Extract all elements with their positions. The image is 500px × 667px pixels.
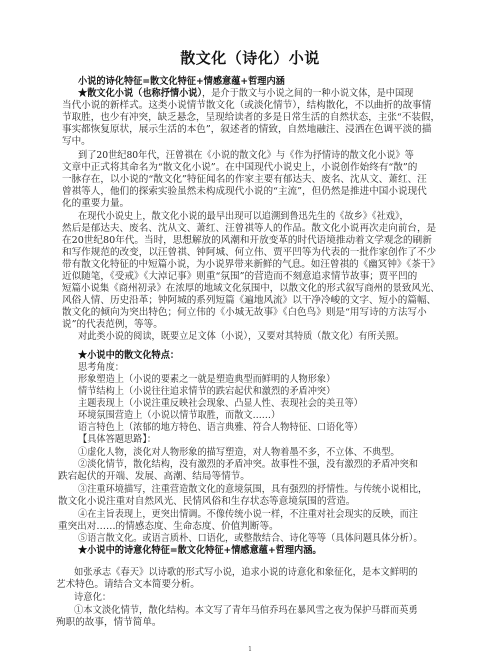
text-line: 近似随笔，《受戒》《大淖记事》则重“氛围”的营造而不刻意追求情节故事；贾平凹的 <box>62 271 440 283</box>
text-line: 在20世纪80年代。当时，思想解放的风潮和开放变革的时代语境推动着文学观念的刷新 <box>62 235 440 247</box>
text-line: 语言特色上（浓郁的地方特色、语言典雅、符合人物特征、口语化等） <box>78 422 440 434</box>
text-line: 化的重要力量。 <box>62 198 440 210</box>
text-line: 一脉存在，以小说的“散文化”特征闻名的作家主要有郁达夫、废名、沈从文、萧红、汪 <box>62 174 440 186</box>
text-line: 小说的诗化特征=散文化特征+情感意蕴+哲理内涵 <box>78 76 440 88</box>
text-line: 在现代小说史上，散文化小说的最早出现可以追溯到鲁迅先生的《故乡》《社戏》， <box>78 211 440 223</box>
text-line: ★小说中的诗意化特征=散文化特征+情感意蕴+哲理内涵。 <box>78 545 440 557</box>
text-line: 诗意化： <box>74 592 440 604</box>
text-line: 短篇小说集《商州初录》在浓厚的地域文化氛围中，以散文化的形式叙写商州的景致风光、 <box>62 283 434 295</box>
document-title: 散文化（诗化）小说 <box>0 47 500 68</box>
text-line: ①虚化人物，淡化对人物形象的描写塑造，对人物着墨不多，不立体、不典型。 <box>78 447 440 459</box>
text-line: 对此类小说的阅读，既要立足文体（小说），又要对其特质（散文化）有所关照。 <box>78 331 440 343</box>
text-line: 风俗人情、历史沿革；钟阿城的系列短篇《遍地风流》以干净冷峻的文字、短小的篇幅、 <box>62 295 440 307</box>
text-line: 散文化小说注重对自然风光、民情风俗和生存状态等意境氛围的营造。 <box>58 496 436 508</box>
bold-term: ★散文化小说（也称抒情小说） <box>78 88 202 99</box>
text-line: 形象塑造上（小说的要素之一就是塑造典型而鲜明的人物形象） <box>78 374 440 386</box>
text-line: ②淡化情节，散化结构，没有激烈的矛盾冲突。故事性不强，没有激烈的矛盾冲突和 <box>78 459 440 471</box>
text-line: 到了20世纪80年代，汪曾祺在《小说的散文化》与《作为抒情诗的散文化小说》等 <box>78 150 440 162</box>
document-page: 散文化（诗化）小说 小说的诗化特征=散文化特征+情感意蕴+哲理内涵★散文化小说（… <box>0 0 500 667</box>
page-number: 1 <box>0 646 500 653</box>
text-line: 文章中正式将其命名为“散文化小说”。在中国现代小说史上，小说创作始终有“散”的 <box>62 162 440 174</box>
text-line: 环境氛围营造上（小说以情节取胜，而散文……） <box>78 410 440 422</box>
text-line: 然后是郁达夫、废名、沈从文、萧红、汪曾祺等人的作品。散文化小说再次走向前台，是 <box>62 223 440 235</box>
text-line: 节取胜，也少有冲突，缺乏悬念，呈现给读者的多是日常生活的自然状态，主张“不装假， <box>62 112 439 124</box>
text-line: 带有散文化特征的中短篇小说，为小说界带来新鲜的气息。如汪曾祺的《幽冥钟》《茶干》 <box>62 259 439 271</box>
text-line: 如张承志《春天》以诗歌的形式写小说，追求小说的诗意化和象征化，是本文鲜明的 <box>74 567 440 579</box>
text-line: 说”的代表范例，等等。 <box>62 319 440 331</box>
text-line: 写中。 <box>62 136 440 148</box>
text-line: 曾祺等人，他们的探索实验虽然未构成现代小说的“主流”，但仍然是推进中国小说现代 <box>62 186 440 198</box>
text-line: 当代小说的新样式。这类小说情节散文化（或淡化情节），结构散化，不以曲折的故事情 <box>62 100 440 112</box>
text-line: 【具体答题思路】： <box>78 434 440 446</box>
text-line: ④在主旨表现上，更突出情调。不像传统小说一样，不注重对社会现实的反映，而注 <box>78 509 440 521</box>
text-line: 主题表现上（小说注重反映社会现象、凸显人性、表现社会的美丑等） <box>78 398 440 410</box>
text-line: 散文化的倾向为突出特色；何立伟的《小城无故事》《白色鸟》则是“用写诗的方法写小 <box>62 307 440 319</box>
text-line: ①本文淡化情节，散化结构。本文写了青年马倌乔玛在暴风雪之夜为保护马群而英勇 <box>74 605 440 617</box>
text-line: 思考角度： <box>78 362 440 374</box>
line-rest: ，是介于散文与小说之间的一种小说文体，是中国现 <box>202 88 413 99</box>
text-line: 殉职的故事，情节简单。 <box>56 617 434 629</box>
text-line: ③注重环境描写，注重营造散文化的意境氛围，具有强烈的抒情性。与传统小说相比， <box>78 484 440 496</box>
text-line: 重突出对……的情感态度、生命态度、价值判断等。 <box>58 521 436 533</box>
text-line: 跌宕起伏的开端、发展、高潮、结局等情节。 <box>58 471 436 483</box>
text-line: 情节结构上（小说往往追求情节的跌宕起伏和激烈的矛盾冲突） <box>78 386 440 398</box>
text-line: 事实都恢复原状，展示生活的本色”，叙述者的情致，自然地融注、浸洒在色调平淡的描 <box>62 124 440 136</box>
text-line: ★散文化小说（也称抒情小说），是介于散文与小说之间的一种小说文体，是中国现 <box>78 88 440 100</box>
text-line: 和写作规范的改变，以汪曾祺、钟阿城、何立伟、贾平凹等为代表的一批作家创作了不少 <box>62 247 440 259</box>
text-line: 艺术特色。请结合文本简要分析。 <box>56 579 434 591</box>
text-line: ★小说中的散文化特点： <box>78 350 440 362</box>
text-line: ⑤语言散文化。或语言质朴、口语化，或整散结合、诗化等等（具体问题具体分析）。 <box>78 533 440 545</box>
